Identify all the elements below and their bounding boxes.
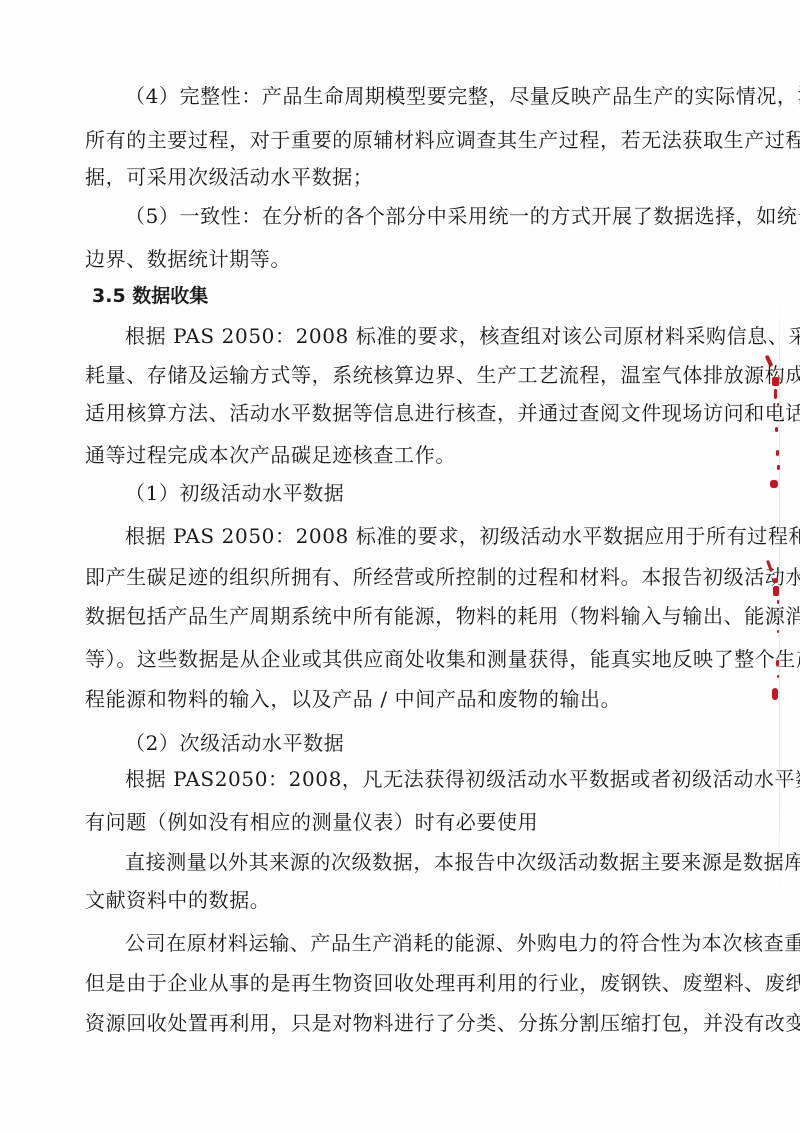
document-page: （4）完整性：产品生命周期模型要完整，尽量反映产品生产的实际情况，涵盖 所有的主… xyxy=(0,0,800,1132)
paragraph-line: 数据包括产品生产周期系统中所有能源，物料的耗用（物料输入与输出、能源消耗 xyxy=(85,604,715,628)
paragraph-line: 耗量、存储及运输方式等，系统核算边界、生产工艺流程，温室气体排放源构成、 xyxy=(85,363,715,387)
paragraph-line: 文献资料中的数据。 xyxy=(85,888,715,912)
paragraph-line: 即产生碳足迹的组织所拥有、所经营或所控制的过程和材料。本报告初级活动水平 xyxy=(85,565,715,589)
paragraph-line: （4）完整性：产品生命周期模型要完整，尽量反映产品生产的实际情况，涵盖 xyxy=(125,84,715,108)
paragraph-line: 适用核算方法、活动水平数据等信息进行核查，并通过查阅文件现场访问和电话沟 xyxy=(85,401,715,425)
paragraph-line: 但是由于企业从事的是再生物资回收处理再利用的行业，废钢铁、废塑料、废纸是 xyxy=(85,971,715,995)
subsection-label: （2）次级活动水平数据 xyxy=(125,731,715,755)
paragraph-line: 据，可采用次级活动水平数据； xyxy=(85,165,715,189)
paragraph-line: （5）一致性：在分析的各个部分中采用统一的方式开展了数据选择，如统一的 xyxy=(125,204,715,228)
paragraph-line: 通等过程完成本次产品碳足迹核查工作。 xyxy=(85,443,715,467)
paragraph-line: 公司在原材料运输、产品生产消耗的能源、外购电力的符合性为本次核查重点。 xyxy=(125,931,715,955)
paragraph-line: 资源回收处置再利用，只是对物料进行了分类、分拣分割压缩打包，并没有改变物 xyxy=(85,1011,715,1035)
paragraph-line: 直接测量以外其来源的次级数据，本报告中次级活动数据主要来源是数据库和 xyxy=(125,850,715,874)
paragraph-line: 有问题（例如没有相应的测量仪表）时有必要使用 xyxy=(85,810,715,834)
seal-stamp-fragment xyxy=(765,560,787,720)
seal-stamp-fragment xyxy=(765,355,787,515)
paragraph-line: 根据 PAS2050：2008，凡无法获得初级活动水平数据或者初级活动水平数据质… xyxy=(125,767,715,791)
paragraph-line: 程能源和物料的输入，以及产品 / 中间产品和废物的输出。 xyxy=(85,687,715,711)
paragraph-line: 根据 PAS 2050：2008 标准的要求，初级活动水平数据应用于所有过程和材… xyxy=(125,524,715,548)
paragraph-line: 边界、数据统计期等。 xyxy=(85,247,715,271)
paragraph-line: 所有的主要过程，对于重要的原辅材料应调查其生产过程，若无法获取生产过程数 xyxy=(85,128,715,152)
subsection-label: （1）初级活动水平数据 xyxy=(125,481,715,505)
section-heading: 3.5 数据收集 xyxy=(92,284,208,308)
paragraph-line: 根据 PAS 2050：2008 标准的要求，核查组对该公司原材料采购信息、采购… xyxy=(125,324,715,348)
paragraph-line: 等）。这些数据是从企业或其供应商处收集和测量获得，能真实地反映了整个生产过 xyxy=(85,647,715,671)
